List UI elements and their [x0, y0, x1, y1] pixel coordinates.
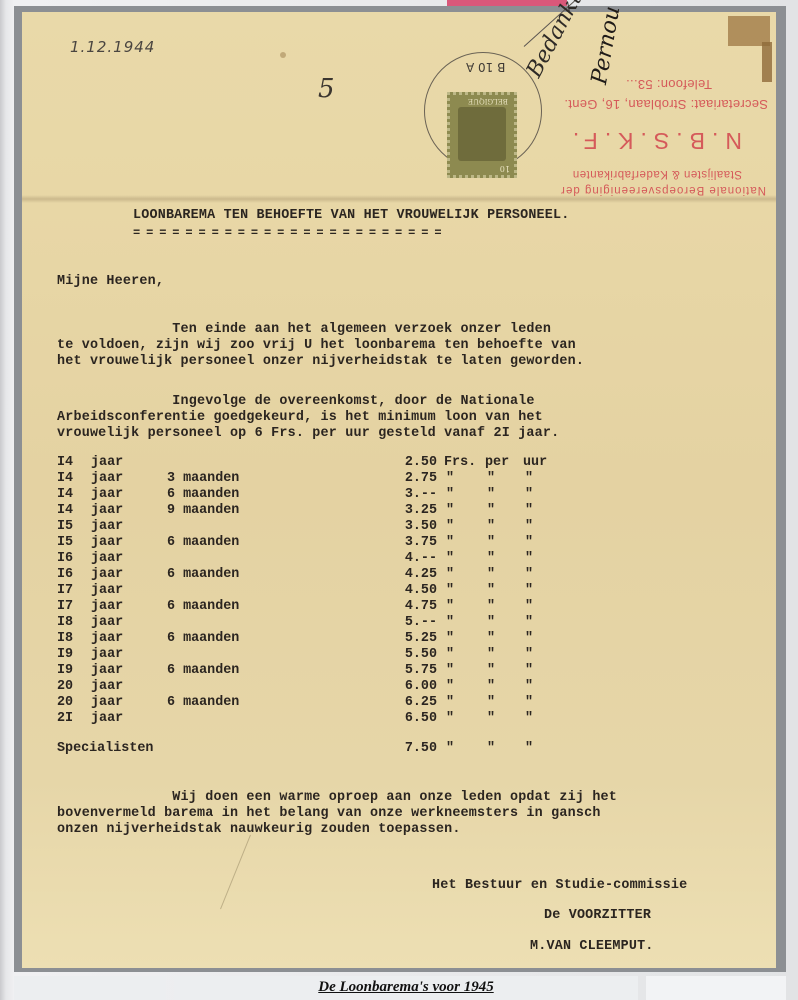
ditto-mark: ": [444, 487, 456, 502]
ditto-mark: ": [485, 503, 497, 518]
ditto-mark: ": [444, 679, 456, 694]
rate-cell: 6.00: [393, 679, 437, 694]
per-cell: per: [485, 455, 509, 470]
caption-panel: De Loonbarema's voor 1945: [174, 976, 638, 1000]
stamp-lion-icon: [458, 107, 506, 161]
ditto-mark: ": [444, 663, 456, 678]
ditto-mark: ": [523, 631, 535, 646]
ditto-mark: ": [485, 583, 497, 598]
rate-cell: 7.50: [393, 741, 437, 756]
ditto-mark: ": [523, 487, 535, 502]
months-cell: 6 maanden: [167, 695, 239, 710]
unit-cell: jaar: [91, 535, 123, 550]
ditto-mark: ": [444, 631, 456, 646]
ditto-mark: ": [444, 519, 456, 534]
ditto-mark: ": [444, 647, 456, 662]
ditto-mark: ": [444, 471, 456, 486]
unit-cell: jaar: [91, 567, 123, 582]
rate-cell: 2.75: [393, 471, 437, 486]
ditto-mark: ": [485, 615, 497, 630]
ditto-mark: ": [485, 599, 497, 614]
unit-cell: jaar: [91, 679, 123, 694]
ditto-mark: ": [523, 567, 535, 582]
stamp-country: BELGIQUE: [468, 97, 508, 105]
ditto-mark: ": [523, 615, 535, 630]
ditto-mark: ": [444, 535, 456, 550]
ditto-mark: ": [523, 551, 535, 566]
rate-cell: 6.25: [393, 695, 437, 710]
unit-cell: jaar: [91, 615, 123, 630]
closing-name: M.VAN CLEEMPUT.: [530, 939, 654, 955]
rate-cell: 4.--: [393, 551, 437, 566]
unit-cell: jaar: [91, 599, 123, 614]
ditto-mark: ": [485, 631, 497, 646]
rate-cell: 3.--: [393, 487, 437, 502]
months-cell: 9 maanden: [167, 503, 239, 518]
ditto-mark: ": [523, 503, 535, 518]
ditto-mark: ": [523, 519, 535, 534]
months-cell: 6 maanden: [167, 663, 239, 678]
document-title: LOONBAREMA TEN BEHOEFTE VAN HET VROUWELI…: [133, 208, 570, 224]
letterhead-org: N.B.S.K.F.: [566, 127, 742, 154]
caption-panel-right: [646, 976, 786, 1000]
months-cell: 6 maanden: [167, 599, 239, 614]
unit-cell: jaar: [91, 551, 123, 566]
unit-cell: jaar: [91, 711, 123, 726]
unit-cell: jaar: [91, 503, 123, 518]
letterhead: Nationale Beroepsvereeniging der Staalij…: [542, 50, 772, 200]
rate-cell: 5.--: [393, 615, 437, 630]
ditto-mark: ": [444, 741, 456, 756]
postage-stamp: 10 BELGIQUE: [447, 92, 517, 178]
currency-cell: Frs.: [444, 455, 476, 470]
unit-cell: jaar: [91, 471, 123, 486]
ditto-mark: ": [485, 519, 497, 534]
months-cell: 3 maanden: [167, 471, 239, 486]
ditto-mark: ": [444, 711, 456, 726]
rate-cell: 4.25: [393, 567, 437, 582]
rate-cell: 2.50: [393, 455, 437, 470]
paragraph-2: Ingevolge de overeenkomst, door de Natio…: [57, 394, 559, 442]
ditto-mark: ": [444, 551, 456, 566]
unit-cell: jaar: [91, 695, 123, 710]
ditto-mark: ": [444, 599, 456, 614]
rate-cell: 3.50: [393, 519, 437, 534]
specialists-label: Specialisten: [57, 741, 97, 756]
unit-cell: jaar: [91, 487, 123, 502]
rate-cell: 5.75: [393, 663, 437, 678]
rate-cell: 4.50: [393, 583, 437, 598]
salutation: Mijne Heeren,: [57, 274, 164, 290]
rate-cell: 5.25: [393, 631, 437, 646]
ditto-mark: ": [523, 535, 535, 550]
letterhead-telephone: Telefoon: 53...: [626, 77, 712, 92]
postmark-text: B 10 A: [466, 60, 505, 74]
caption-panel-left: [14, 976, 166, 1000]
letterhead-line1: Nationale Beroepsvereeniging der: [560, 184, 766, 196]
ditto-mark: ": [523, 583, 535, 598]
ditto-mark: ": [523, 679, 535, 694]
ditto-mark: ": [485, 695, 497, 710]
months-cell: 6 maanden: [167, 487, 239, 502]
handwritten-date: 1.12.1944: [70, 38, 155, 56]
ditto-mark: ": [444, 615, 456, 630]
months-cell: 6 maanden: [167, 631, 239, 646]
ditto-mark: ": [523, 711, 535, 726]
handwritten-page-mark: 5: [318, 74, 335, 104]
ditto-mark: ": [523, 695, 535, 710]
ditto-mark: ": [485, 741, 497, 756]
months-cell: 6 maanden: [167, 535, 239, 550]
rate-cell: 3.75: [393, 535, 437, 550]
caption-text: De Loonbarema's voor 1945: [174, 979, 638, 996]
letterhead-line2: Staalijsten & Kaderfabrikanten: [572, 168, 742, 180]
stain: [280, 52, 286, 58]
ditto-mark: ": [444, 583, 456, 598]
paragraph-1: Ten einde aan het algemeen verzoek onzer…: [57, 322, 584, 370]
ditto-mark: ": [523, 647, 535, 662]
ditto-mark: ": [523, 599, 535, 614]
ditto-mark: ": [485, 679, 497, 694]
ditto-mark: ": [523, 663, 535, 678]
paragraph-3: Wij doen een warme oproep aan onze leden…: [57, 790, 617, 838]
unit-cell: jaar: [91, 583, 123, 598]
ditto-mark: ": [523, 471, 535, 486]
ditto-mark: ": [485, 551, 497, 566]
ditto-mark: ": [485, 663, 497, 678]
rate-cell: 5.50: [393, 647, 437, 662]
stamp-value: 10: [500, 164, 510, 173]
unit-cell: jaar: [91, 519, 123, 534]
ditto-mark: ": [485, 567, 497, 582]
letterhead-address: Secretariaat: Stroblaan, 16, Gent.: [564, 97, 768, 112]
ditto-mark: ": [485, 647, 497, 662]
unit-cell: jaar: [91, 631, 123, 646]
unit-hour-cell: uur: [523, 455, 547, 470]
unit-cell: jaar: [91, 455, 123, 470]
months-cell: 6 maanden: [167, 567, 239, 582]
document-paper: 1.12.1944 5 B 10 A 10 BELGIQUE Nationale…: [22, 12, 776, 968]
paper-crease: [220, 835, 251, 910]
rate-cell: 4.75: [393, 599, 437, 614]
title-underline: ========================: [133, 225, 447, 241]
unit-cell: jaar: [91, 647, 123, 662]
rate-cell: 6.50: [393, 711, 437, 726]
ditto-mark: ": [444, 695, 456, 710]
rate-cell: 3.25: [393, 503, 437, 518]
ditto-mark: ": [485, 711, 497, 726]
unit-cell: jaar: [91, 663, 123, 678]
ditto-mark: ": [523, 741, 535, 756]
ditto-mark: ": [444, 567, 456, 582]
ditto-mark: ": [485, 487, 497, 502]
ditto-mark: ": [485, 471, 497, 486]
closing-body: Het Bestuur en Studie-commissie: [432, 878, 687, 894]
closing-role: De VOORZITTER: [544, 908, 651, 924]
ditto-mark: ": [444, 503, 456, 518]
ditto-mark: ": [485, 535, 497, 550]
